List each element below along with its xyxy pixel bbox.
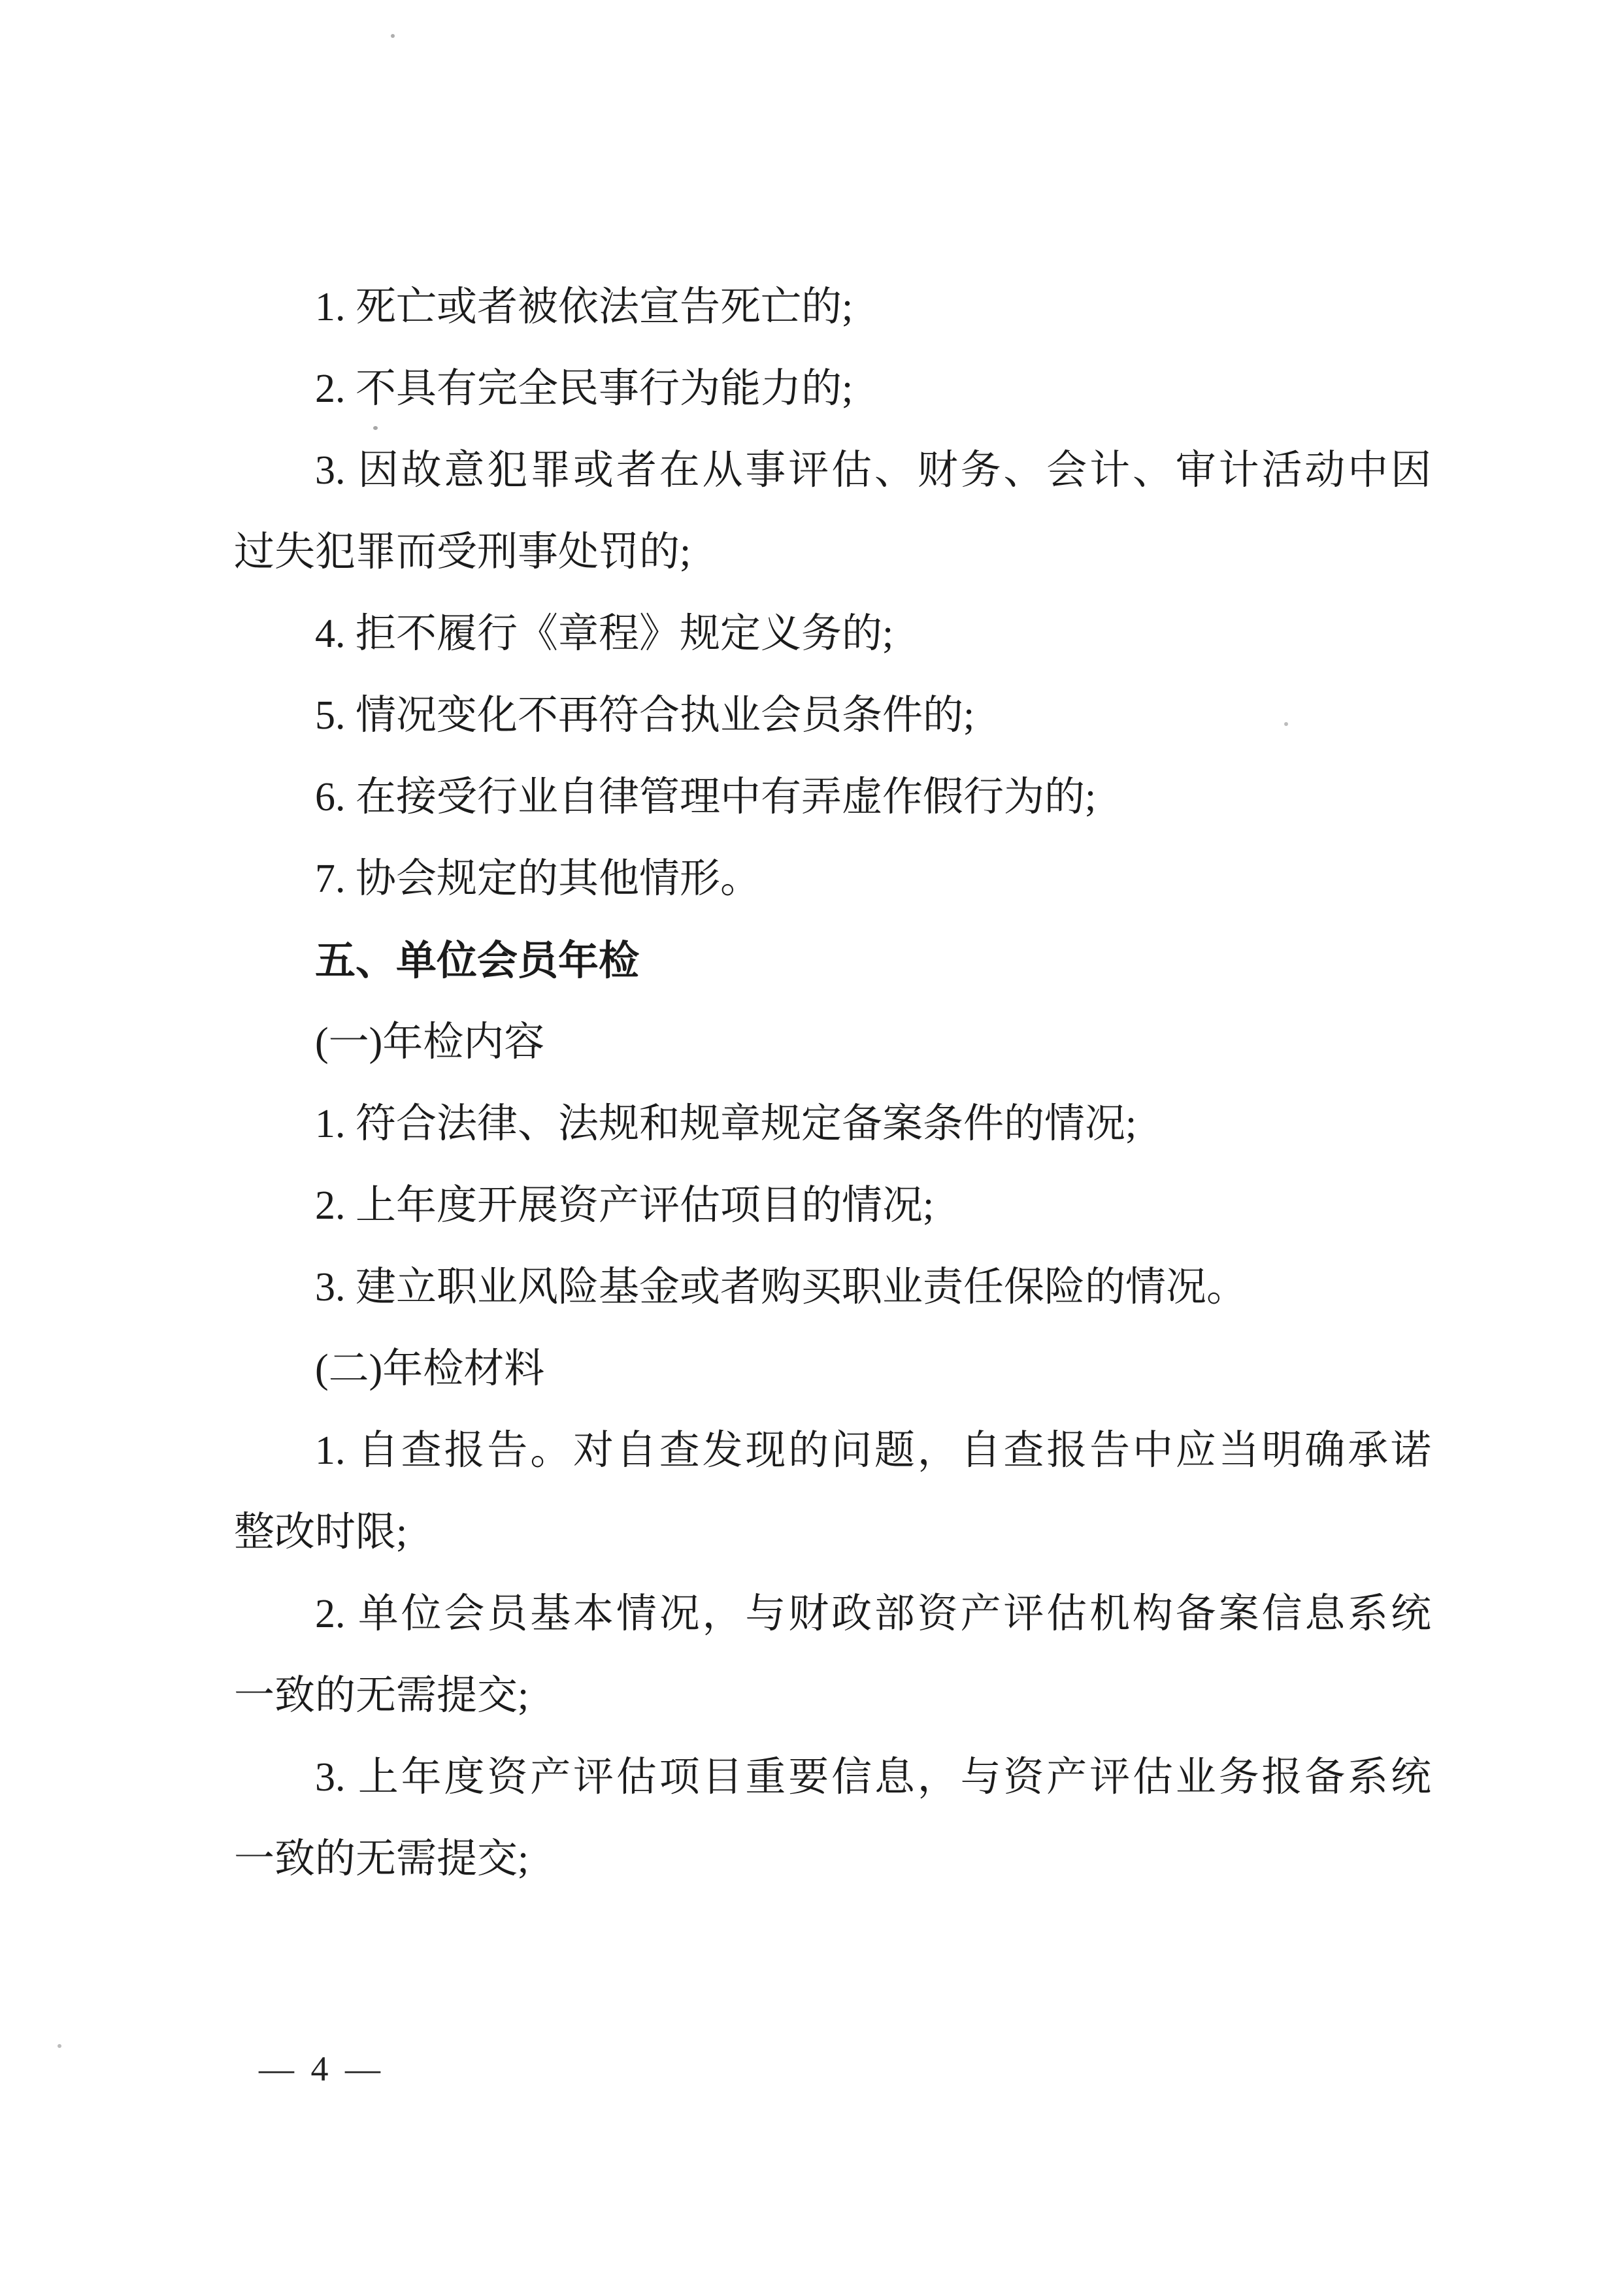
scan-speck: [58, 2044, 61, 2048]
text-line: (二)年检材料: [234, 1328, 1431, 1410]
text-line: 1. 死亡或者被依法宣告死亡的;: [234, 267, 1431, 348]
scan-speck: [1284, 722, 1288, 726]
text-line: 6. 在接受行业自律管理中有弄虚作假行为的;: [234, 757, 1431, 838]
scan-speck: [391, 34, 395, 38]
text-line: 5. 情况变化不再符合执业会员条件的;: [234, 675, 1431, 757]
page-number: — 4 —: [259, 2048, 384, 2090]
text-line: 2. 上年度开展资产评估项目的情况;: [234, 1165, 1431, 1247]
scan-speck: [373, 426, 378, 430]
document-page: 1. 死亡或者被依法宣告死亡的;2. 不具有完全民事行为能力的;3. 因故意犯罪…: [0, 0, 1624, 2293]
text-line: 五、单位会员年检: [234, 920, 1431, 1002]
text-line: (一)年检内容: [234, 1002, 1431, 1083]
text-block: 1. 死亡或者被依法宣告死亡的;2. 不具有完全民事行为能力的;3. 因故意犯罪…: [234, 267, 1431, 1900]
text-line: 2. 单位会员基本情况，与财政部资产评估机构备案信息系统: [234, 1574, 1431, 1655]
text-line: 3. 建立职业风险基金或者购买职业责任保险的情况。: [234, 1247, 1431, 1328]
text-line: 2. 不具有完全民事行为能力的;: [234, 348, 1431, 430]
text-line: 1. 自查报告。对自查发现的问题，自查报告中应当明确承诺: [234, 1410, 1431, 1492]
text-line: 4. 拒不履行《章程》规定义务的;: [234, 593, 1431, 675]
text-line: 7. 协会规定的其他情形。: [234, 838, 1431, 920]
text-line: 3. 上年度资产评估项目重要信息，与资产评估业务报备系统: [234, 1737, 1431, 1819]
text-line: 3. 因故意犯罪或者在从事评估、财务、会计、审计活动中因: [234, 430, 1431, 512]
text-line: 整改时限;: [234, 1492, 1431, 1574]
text-line: 一致的无需提交;: [234, 1819, 1431, 1900]
text-line: 一致的无需提交;: [234, 1655, 1431, 1737]
text-line: 过失犯罪而受刑事处罚的;: [234, 512, 1431, 593]
text-line: 1. 符合法律、法规和规章规定备案条件的情况;: [234, 1083, 1431, 1165]
